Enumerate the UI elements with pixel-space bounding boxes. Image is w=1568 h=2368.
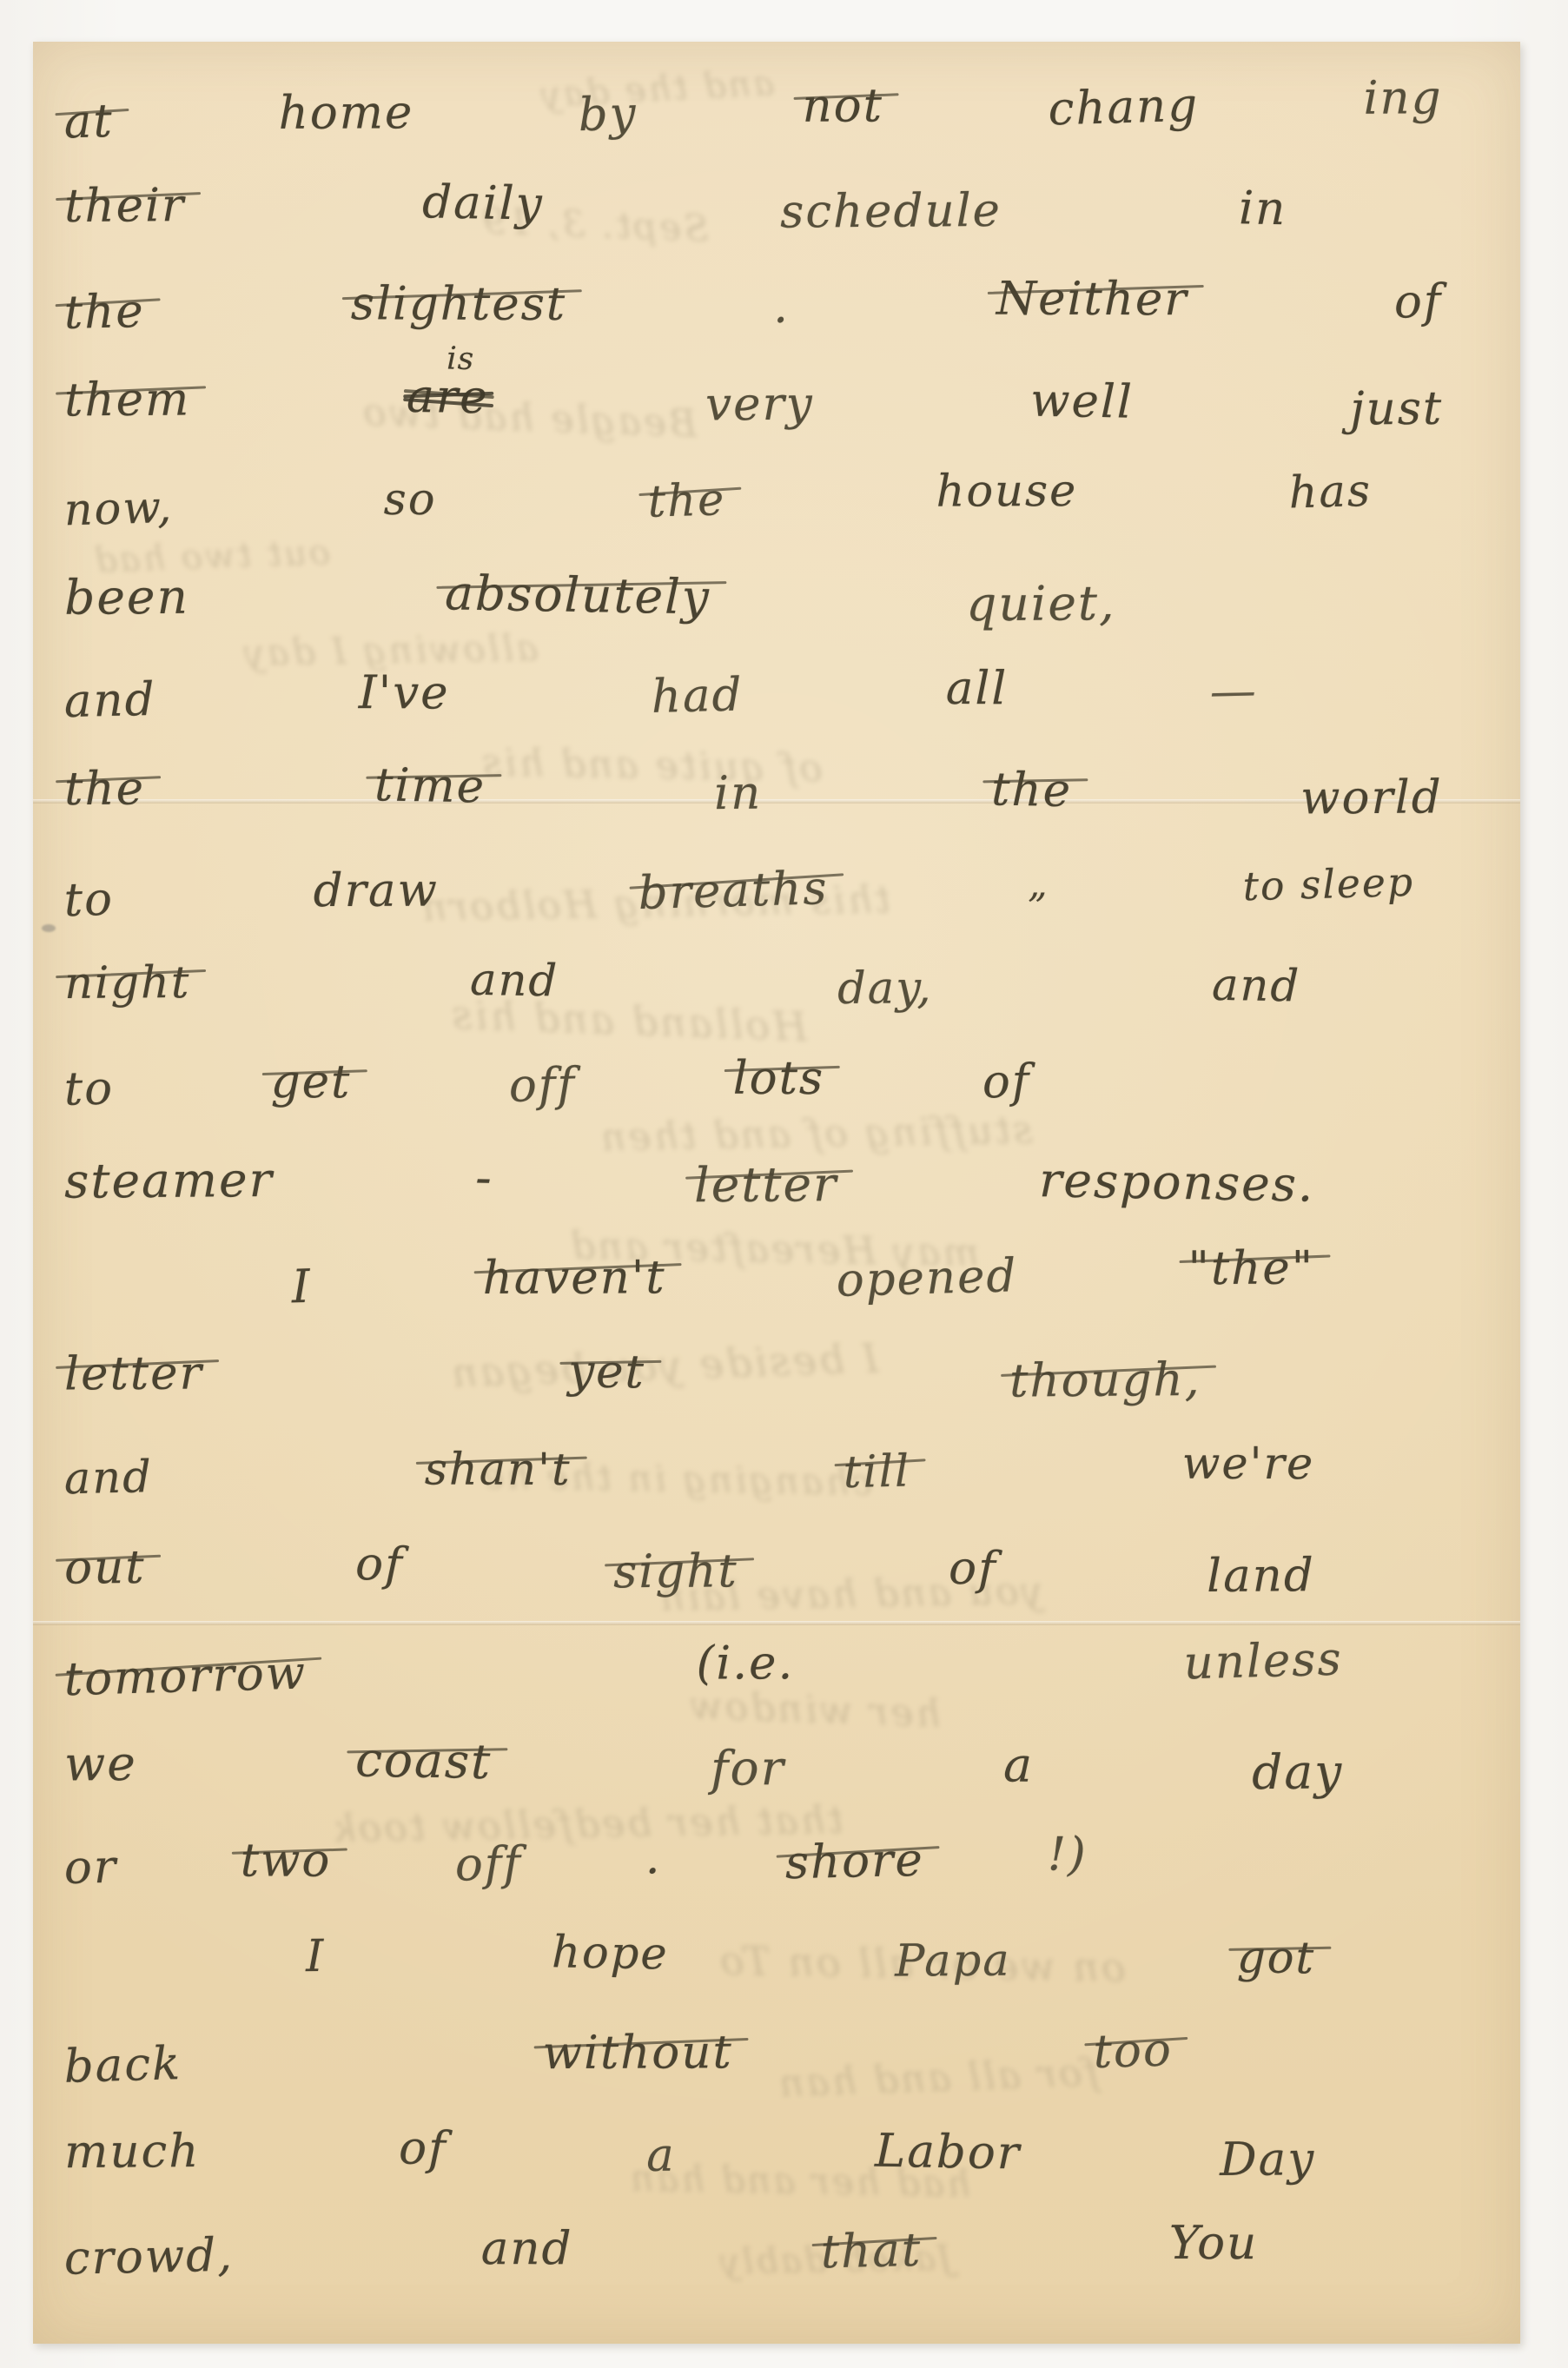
handwritten-word: we — [64, 1736, 137, 1792]
handwritten-word: of — [1393, 275, 1443, 328]
handwritten-word: and — [1212, 960, 1301, 1013]
handwritten-word: off — [508, 1058, 576, 1113]
handwritten-word: back — [63, 2037, 182, 2093]
letter-line: ortwooff.shore!) — [64, 1830, 1088, 1935]
letter-line: togetofflotsof — [64, 1053, 1031, 1158]
handwritten-word: has — [1287, 466, 1372, 519]
handwritten-word: at — [63, 95, 115, 149]
handwritten-word: home — [278, 86, 414, 140]
handwritten-word: crowd, — [63, 2229, 234, 2285]
letter-line: todrawbreaths,,to sleep — [63, 852, 1415, 969]
handwritten-word: very — [705, 378, 814, 432]
handwritten-word: yet — [567, 1345, 645, 1399]
handwritten-word: breaths — [638, 862, 829, 920]
letter-paper: and the daySept. 3, 19Beagle had twoout … — [33, 42, 1520, 2344]
letter-line: andshan'ttillwe're — [64, 1440, 1316, 1547]
handwritten-word: steamer — [64, 1152, 274, 1209]
handwritten-word: Labor — [874, 2125, 1021, 2180]
handwritten-word: ,, — [1029, 863, 1043, 905]
handwritten-word: or — [63, 1841, 118, 1895]
handwritten-word: and — [481, 2222, 573, 2275]
handwritten-word: daily — [422, 175, 544, 230]
handwritten-word: areis — [407, 370, 489, 425]
letter-line: beenabsolutelyquiet, — [64, 566, 1116, 671]
handwritten-word: a — [646, 2129, 676, 2182]
handwritten-word: well — [1030, 374, 1135, 429]
handwritten-word: land — [1207, 1549, 1315, 1603]
handwritten-word: Papa — [895, 1935, 1011, 1988]
handwritten-word: and — [470, 955, 559, 1008]
handwritten-word: unless — [1183, 1632, 1344, 1690]
handwritten-word: of — [982, 1055, 1031, 1108]
handwritten-word: had — [651, 669, 744, 724]
handwritten-word: responses. — [1039, 1152, 1315, 1213]
handwritten-word: in — [1239, 182, 1287, 235]
handwritten-word: night — [64, 957, 191, 1009]
handwritten-word: Neither — [996, 273, 1188, 327]
letter-line: nightandday,and — [64, 955, 1301, 1061]
handwritten-word: their — [64, 179, 186, 233]
handwritten-word: I — [306, 1931, 326, 1982]
handwritten-word: of — [355, 1538, 405, 1591]
handwritten-word: without — [542, 2026, 732, 2080]
handwritten-word: till — [843, 1445, 911, 1498]
handwritten-word: much — [64, 2125, 201, 2179]
handwritten-word: Day — [1220, 2133, 1315, 2186]
letter-line: outofsightofland — [64, 1538, 1315, 1644]
letter-line: theslightest.Neitherof — [64, 273, 1444, 380]
handwritten-word: so — [384, 474, 437, 526]
handwritten-word: letter — [694, 1156, 838, 1213]
handwritten-word: off — [454, 1837, 522, 1892]
handwritten-word: to — [63, 1062, 115, 1116]
handwritten-word: tomorrow — [63, 1646, 308, 1706]
handwritten-word: . — [773, 281, 791, 334]
handwritten-word: we're — [1182, 1439, 1315, 1490]
handwritten-word: the — [63, 285, 145, 340]
handwritten-word: shore — [784, 1834, 924, 1889]
handwritten-word: ing — [1363, 71, 1442, 124]
handwritten-word: for — [711, 1740, 785, 1796]
handwritten-word: a — [1003, 1736, 1035, 1793]
handwritten-word: them — [64, 373, 190, 427]
letter-line: backwithouttoo — [63, 2021, 1174, 2134]
handwritten-word: schedule — [780, 184, 1002, 239]
handwritten-word: to — [63, 873, 115, 928]
letter-line: letteryetthough, — [64, 1344, 1202, 1449]
letter-line: thetimeintheworld — [64, 759, 1444, 866]
handwritten-word: quiet, — [966, 575, 1116, 632]
handwritten-word: the — [991, 763, 1073, 817]
handwritten-word: haven't — [482, 1251, 665, 1305]
handwritten-word: just — [1350, 382, 1444, 436]
handwritten-word: in — [714, 767, 763, 820]
handwritten-word: - — [474, 1149, 493, 1205]
handwritten-word: and — [63, 1452, 153, 1505]
handwritten-word: world — [1300, 771, 1443, 824]
handwritten-word: by — [578, 87, 638, 142]
letter-line: IhopePapagot — [306, 1928, 1315, 2033]
letter-line: andI'vehadall— — [64, 663, 1259, 770]
handwritten-word: got — [1236, 1932, 1315, 1985]
handwritten-word: of — [948, 1542, 997, 1596]
handwritten-word: the — [647, 474, 726, 527]
handwritten-word: all — [946, 662, 1009, 715]
handwritten-word: !) — [1048, 1828, 1088, 1881]
handwritten-word: letter — [64, 1346, 203, 1400]
handwritten-word: to sleep — [1242, 859, 1415, 909]
letter-line: muchofaLaborDay — [64, 2122, 1315, 2228]
handwritten-word: coast — [355, 1731, 493, 1789]
handwritten-word: too — [1093, 2023, 1174, 2079]
letter-line: Ihaven'topened"the" — [291, 1244, 1315, 1355]
handwritten-word: chang — [1047, 79, 1199, 136]
letter-line: theirdailyschedulein — [64, 176, 1287, 282]
inserted-correction-word: is — [447, 341, 475, 377]
letter-line: athomebynotchanging — [63, 74, 1443, 190]
handwritten-word: absolutely — [445, 565, 711, 625]
handwritten-word: "the" — [1188, 1242, 1315, 1296]
handwritten-word: day, — [837, 962, 933, 1015]
handwritten-word: two — [241, 1834, 332, 1887]
handwritten-word: You — [1168, 2217, 1258, 2270]
handwritten-word: opened — [836, 1249, 1018, 1307]
handwritten-word: I've — [358, 666, 449, 719]
handwritten-word: day — [1252, 1743, 1344, 1800]
handwritten-word: get — [271, 1055, 352, 1108]
handwritten-word: that — [820, 2224, 923, 2279]
letter-line: themareisverywelljust — [64, 370, 1444, 477]
handwritten-word: shan't — [425, 1445, 572, 1496]
letter-line: crowd,andthatYou — [64, 2219, 1259, 2326]
handwritten-word: slightest — [351, 277, 566, 331]
handwritten-text-block: athomebynotchangingtheirdailyscheduleint… — [64, 83, 1485, 2321]
handwritten-word: (i.e. — [697, 1637, 795, 1690]
handwritten-word: — — [1209, 665, 1258, 718]
handwritten-word: been — [64, 569, 189, 625]
letter-line: steamer-letterresponses. — [64, 1149, 1315, 1255]
letter-line: now,sothehousehas — [63, 463, 1373, 579]
handwritten-word: though, — [1009, 1353, 1201, 1408]
letter-line: wecoastforaday — [64, 1733, 1344, 1839]
handwritten-word: and — [63, 673, 156, 728]
handwritten-word: now, — [63, 482, 174, 536]
handwritten-word: hope — [552, 1927, 669, 1980]
handwritten-word: sight — [613, 1544, 738, 1598]
handwritten-word: the — [64, 762, 145, 816]
handwritten-word: time — [374, 758, 486, 813]
handwritten-word: draw — [314, 864, 439, 918]
handwritten-word: lots — [733, 1052, 825, 1105]
handwritten-word: out — [64, 1541, 146, 1595]
handwritten-word: I — [291, 1260, 313, 1314]
handwritten-word: not — [802, 79, 883, 132]
handwritten-word: of — [399, 2121, 448, 2175]
handwritten-word: house — [936, 466, 1078, 518]
handwritten-word: . — [645, 1831, 662, 1884]
letter-line: tomorrow(i.e.unless — [63, 1631, 1344, 1747]
